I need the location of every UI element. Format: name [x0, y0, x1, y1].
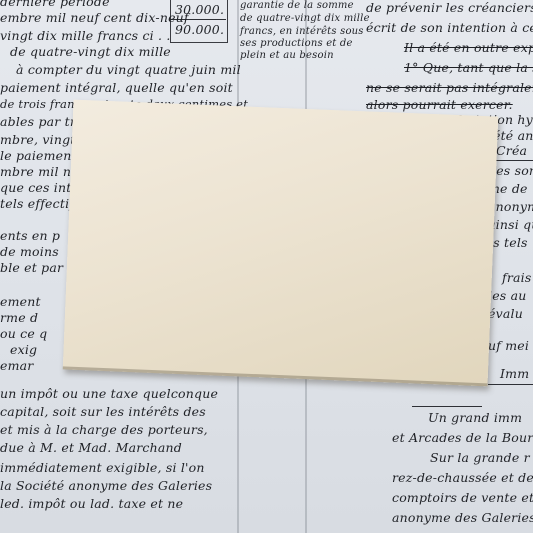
right-line: Il a été en outre expres — [404, 40, 533, 55]
left-bottom-line: un impôt ou une taxe quelconque — [0, 386, 218, 401]
right-bottom-line: Un grand imm — [428, 410, 522, 425]
right-bottom-line: comptoirs de vente et — [392, 490, 533, 505]
left-line: de moins — [0, 244, 59, 259]
right-line: évalu — [488, 306, 523, 321]
section-rule — [488, 384, 533, 385]
left-line: vingt dix mille francs ci . . — [0, 28, 171, 43]
left-bottom-line: et mis à la charge des porteurs, — [0, 422, 208, 437]
left-line: ou ce q — [0, 326, 47, 341]
left-line: paiement intégral, quelle qu'en soit — [0, 80, 233, 95]
section-rule — [412, 406, 482, 407]
left-bottom-line: la Société anonyme des Galeries — [0, 478, 212, 493]
right-bottom-line: Sur la grande r — [430, 450, 530, 465]
right-line: Créa — [496, 143, 527, 158]
left-line: ement — [0, 294, 41, 309]
middle-line: garantie de la somme — [240, 0, 354, 11]
left-bottom-line: capital, soit sur les intérêts des — [0, 404, 206, 419]
middle-line: plein et au besoin — [240, 50, 334, 61]
right-line: ts tels — [488, 235, 528, 250]
right-bottom-line: anonyme des Galeries — [392, 510, 533, 525]
left-bottom-line: led. impôt ou lad. taxe et ne — [0, 496, 183, 511]
left-line: emar — [0, 358, 33, 373]
right-line: de prévenir les créanciers au m — [366, 0, 533, 15]
right-bottom-line: et Arcades de la Bourse — [392, 430, 533, 445]
left-line: ble et par — [0, 260, 63, 275]
right-line: uf mei — [488, 338, 529, 353]
left-line: rme d — [0, 310, 38, 325]
blank-card — [63, 100, 498, 387]
left-line: embre mil neuf cent dix-neuf — [0, 10, 189, 25]
left-line: de quatre-vingt dix mille — [10, 44, 171, 59]
middle-line: ses productions et de — [240, 38, 353, 49]
left-line: mbre, vingt — [0, 132, 76, 147]
right-line: 1° Que, tant que la s — [404, 60, 533, 75]
right-line: Imm — [500, 366, 529, 381]
right-line: alors pourrait exercer. — [366, 97, 513, 112]
right-line: frais a — [502, 270, 533, 285]
left-bottom-line: immédiatement exigible, si l'on — [0, 460, 205, 475]
left-bottom-line: due à M. et Mad. Marchand — [0, 440, 182, 455]
right-line: écrit de son intention à cet éga — [366, 20, 533, 35]
right-line: ainsi qu — [488, 217, 533, 232]
right-line: ne se serait pas intégralemen — [366, 80, 533, 95]
middle-line: de quatre-vingt dix mille — [240, 13, 370, 24]
left-line: dernière période — [0, 0, 110, 9]
left-line: à compter du vingt quatre juin mil — [16, 62, 241, 77]
left-line: ents en p — [0, 228, 60, 243]
left-line: le paiement — [0, 148, 77, 163]
left-line: exig — [10, 342, 37, 357]
right-bottom-line: rez-de-chaussée et de — [392, 470, 533, 485]
right-line: les au — [488, 288, 527, 303]
middle-line: francs, en intérêts sous — [240, 26, 364, 37]
